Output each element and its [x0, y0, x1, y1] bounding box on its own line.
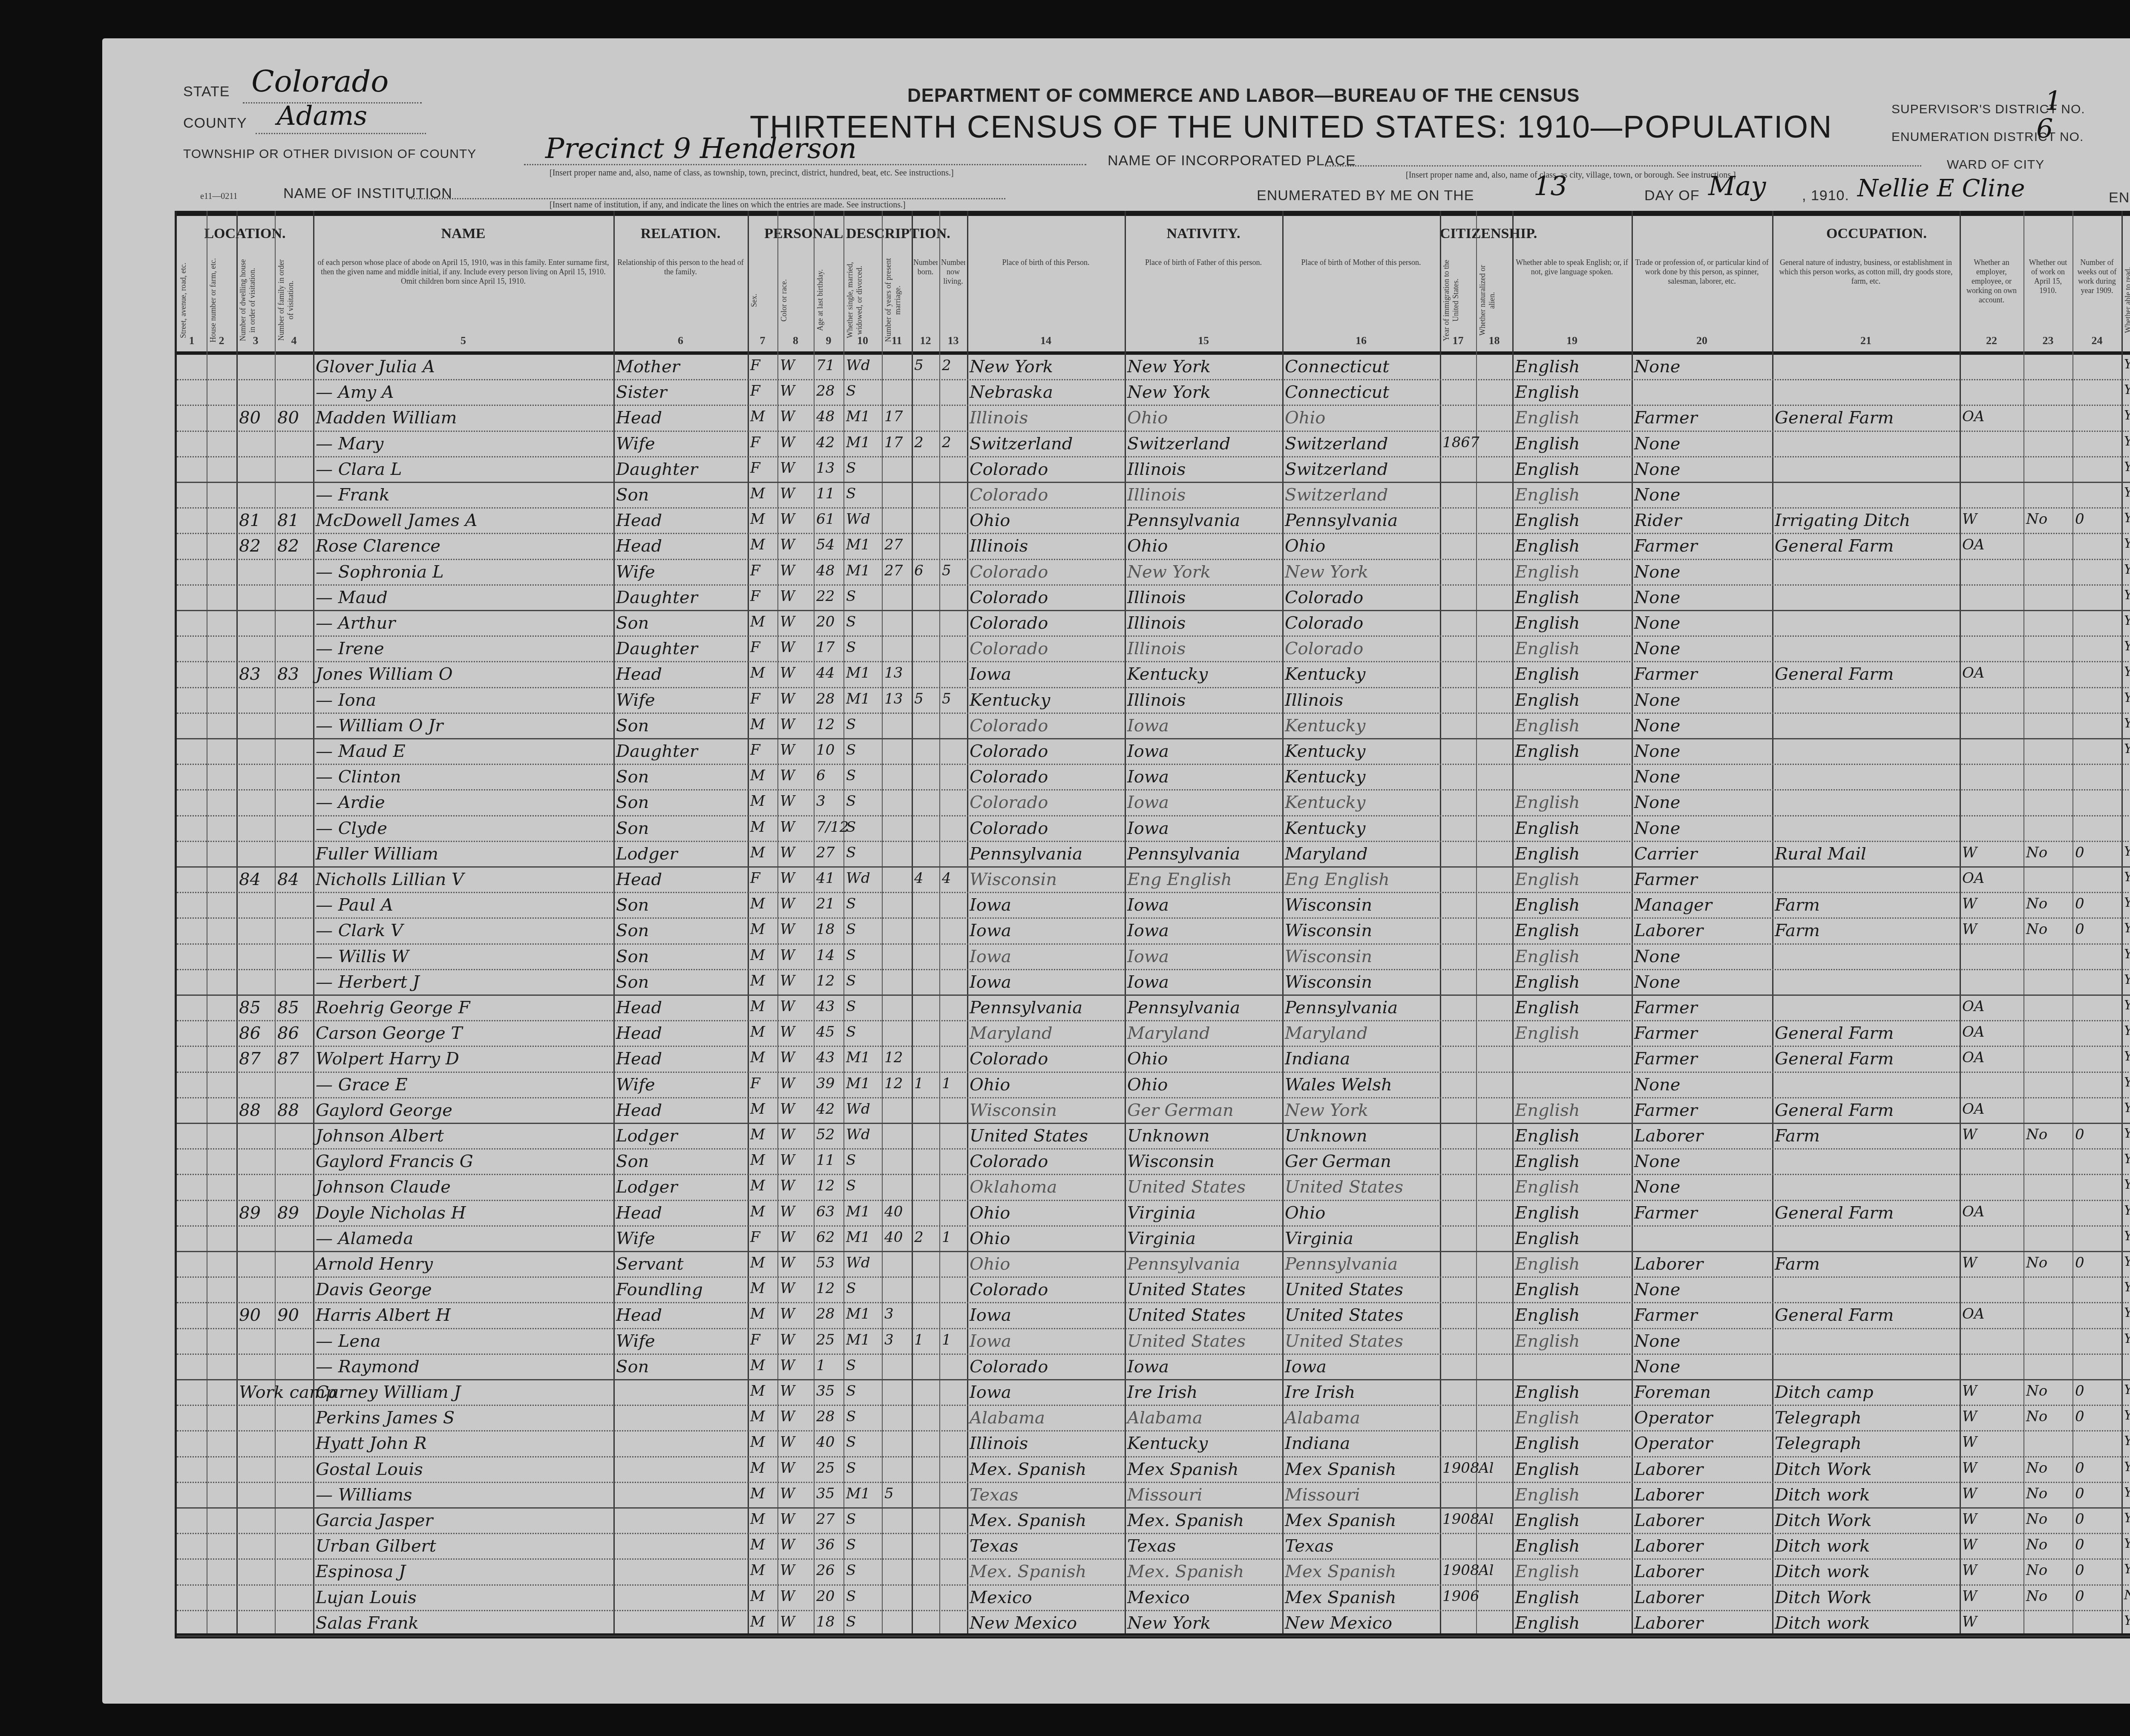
row-trade: None — [1634, 1177, 1681, 1197]
row-weeks-out: 0 — [2075, 1485, 2084, 1502]
row-language: English — [1515, 639, 1580, 658]
row-living: 2 — [942, 434, 951, 451]
row-age: 13 — [816, 460, 835, 477]
row-trade: None — [1634, 562, 1681, 582]
enumerated-label: Enumerated by me on the — [1257, 187, 1474, 204]
row-years-married: 40 — [884, 1229, 903, 1246]
row-name: — Frank — [316, 485, 389, 505]
row-name: Glover Julia A — [316, 357, 435, 377]
row-rule — [177, 584, 2130, 586]
row-birth-father: Iowa — [1127, 1357, 1169, 1377]
row-name: Johnson Claude — [316, 1177, 451, 1197]
row-language: English — [1515, 1613, 1580, 1633]
row-birth-mother: Alabama — [1285, 1408, 1360, 1428]
row-industry: Ditch Work — [1775, 1511, 1872, 1530]
enumerated-year: , 1910. — [1802, 187, 1849, 204]
row-read: Yes — [2124, 613, 2130, 628]
row-age: 7/12 — [816, 819, 849, 836]
row-years-married: 3 — [884, 1331, 894, 1348]
row-race: W — [780, 998, 795, 1015]
row-trade: Farmer — [1634, 408, 1698, 428]
column-number: 22 — [1960, 334, 2023, 347]
row-weeks-out: 0 — [2075, 511, 2084, 528]
column-number: 23 — [2023, 334, 2072, 347]
row-marital: M1 — [846, 434, 870, 451]
row-birth-person: Nebraska — [970, 382, 1053, 402]
row-sex: M — [750, 485, 765, 502]
row-trade: Laborer — [1634, 1254, 1703, 1274]
row-birth-mother: Switzerland — [1285, 485, 1388, 505]
row-naturalized: Al — [1479, 1511, 1494, 1528]
row-marital: S — [846, 767, 856, 784]
row-employer: W — [1962, 1382, 1977, 1400]
row-years-married: 40 — [884, 1203, 903, 1220]
column-header-birth-mother: Place of birth of Mother of this person. — [1284, 258, 1438, 343]
row-sex: F — [750, 1331, 760, 1348]
row-rule — [177, 379, 2130, 380]
row-birth-person: Colorado — [970, 793, 1048, 812]
column-divider — [939, 211, 940, 1633]
row-race: W — [780, 870, 795, 887]
township-underline — [524, 164, 1086, 165]
row-birth-person: Iowa — [970, 947, 1011, 966]
row-weeks-out: 0 — [2075, 844, 2084, 861]
row-name: — Irene — [316, 639, 384, 658]
row-trade: Laborer — [1634, 1536, 1703, 1556]
row-living: 5 — [942, 562, 951, 579]
row-marital: Wd — [846, 870, 870, 887]
row-birth-mother: Mex Spanish — [1285, 1562, 1396, 1581]
row-rule — [177, 610, 2130, 611]
column-header-industry: General nature of industry, business, or… — [1774, 258, 1958, 343]
row-birth-mother: Connecticut — [1285, 382, 1389, 402]
row-birth-mother: United States — [1285, 1177, 1403, 1197]
row-race: W — [780, 742, 795, 759]
enumerated-month: May — [1708, 170, 1766, 201]
row-birth-person: Mex. Spanish — [970, 1460, 1086, 1479]
row-language: English — [1515, 819, 1580, 838]
row-birth-mother: Indiana — [1285, 1434, 1350, 1453]
row-years-married: 17 — [884, 434, 903, 451]
row-name: — Maud E — [316, 742, 406, 761]
row-race: W — [780, 613, 795, 630]
row-sex: M — [750, 1536, 765, 1553]
row-read: Yes — [2124, 1408, 2130, 1423]
column-number: 21 — [1772, 334, 1960, 347]
row-race: W — [780, 408, 795, 425]
row-race: W — [780, 1511, 795, 1528]
column-divider — [2072, 211, 2073, 1633]
row-trade: Farmer — [1634, 1305, 1698, 1325]
row-marital: M1 — [846, 1203, 870, 1220]
row-family: 83 — [277, 664, 299, 684]
row-marital: M1 — [846, 1305, 870, 1322]
column-header-marital: Whether single, married, widowed, or div… — [845, 258, 880, 343]
row-relation: Daughter — [616, 742, 698, 761]
row-industry: Farm — [1775, 895, 1820, 915]
row-dwelling: 87 — [239, 1049, 261, 1069]
row-trade: None — [1634, 690, 1681, 710]
row-read: Yes — [2124, 1331, 2130, 1346]
column-divider — [748, 211, 749, 1633]
row-race: W — [780, 1588, 795, 1605]
row-sex: F — [750, 460, 760, 477]
column-number: 10 — [843, 334, 882, 347]
row-rule — [177, 1225, 2130, 1227]
row-read: Yes — [2124, 1203, 2130, 1218]
row-rule — [177, 1174, 2130, 1175]
row-race: W — [780, 972, 795, 989]
row-birth-person: Iowa — [970, 972, 1011, 992]
row-name: Lujan Louis — [316, 1588, 417, 1607]
row-marital: Wd — [846, 1254, 870, 1271]
row-sex: M — [750, 664, 765, 681]
row-birth-person: Mexico — [970, 1588, 1032, 1607]
row-relation: Foundling — [616, 1280, 703, 1299]
row-age: 10 — [816, 742, 835, 759]
row-sex: M — [750, 1177, 765, 1194]
row-language: English — [1515, 716, 1580, 736]
row-relation: Head — [616, 1101, 662, 1120]
row-relation: Lodger — [616, 1177, 678, 1197]
row-rule — [177, 866, 2130, 868]
row-name: — Clara L — [316, 460, 402, 479]
row-relation: Head — [616, 1203, 662, 1223]
row-born: 5 — [914, 690, 924, 707]
row-race: W — [780, 947, 795, 964]
row-birth-person: Switzerland — [970, 434, 1073, 454]
row-birth-mother: Unknown — [1285, 1126, 1367, 1146]
group-name: NAME — [313, 226, 613, 242]
row-race: W — [780, 1408, 795, 1425]
row-rule — [177, 969, 2130, 970]
column-header-trade: Trade or profession of, or particular ki… — [1633, 258, 1770, 343]
row-industry: Farm — [1775, 1254, 1820, 1274]
row-sex: M — [750, 1357, 765, 1374]
row-race: W — [780, 819, 795, 836]
row-trade: Carrier — [1634, 844, 1697, 864]
row-sex: M — [750, 1280, 765, 1297]
row-sex: M — [750, 716, 765, 733]
column-number: 8 — [777, 334, 814, 347]
column-header-language: Whether able to speak English; or, if no… — [1514, 258, 1630, 343]
row-birth-mother: Wisconsin — [1285, 895, 1372, 915]
row-years-married: 13 — [884, 690, 903, 707]
row-immigration: 1867 — [1442, 434, 1479, 451]
row-age: 62 — [816, 1229, 835, 1246]
row-family: 84 — [277, 870, 299, 889]
row-born: 4 — [914, 870, 924, 887]
row-birth-father: New York — [1127, 562, 1211, 582]
row-name: Johnson Albert — [316, 1126, 444, 1146]
row-family: 85 — [277, 998, 299, 1017]
row-age: 28 — [816, 382, 835, 400]
row-birth-person: Illinois — [970, 536, 1028, 556]
row-birth-person: Colorado — [970, 1280, 1048, 1299]
row-birth-father: Mex. Spanish — [1127, 1511, 1244, 1530]
row-out-of-work: No — [2026, 1460, 2047, 1477]
column-divider — [967, 211, 968, 1633]
row-dwelling: 85 — [239, 998, 261, 1017]
row-marital: S — [846, 844, 856, 861]
row-name: — Iona — [316, 690, 376, 710]
row-trade: None — [1634, 588, 1681, 607]
row-rule — [177, 841, 2130, 842]
row-race: W — [780, 588, 795, 605]
row-employer: W — [1962, 1126, 1977, 1143]
row-marital: S — [846, 1382, 856, 1400]
row-name: Harris Albert H — [316, 1305, 451, 1325]
column-number: 15 — [1125, 334, 1282, 347]
row-out-of-work: No — [2026, 1126, 2047, 1143]
row-marital: S — [846, 1613, 856, 1630]
row-birth-mother: Pennsylvania — [1285, 511, 1398, 530]
row-trade: Manager — [1634, 895, 1712, 915]
row-read: Yes — [2124, 511, 2130, 526]
row-marital: S — [846, 1511, 856, 1528]
row-rule — [177, 1123, 2130, 1124]
row-born: 6 — [914, 562, 924, 579]
row-marital: S — [846, 639, 856, 656]
row-race: W — [780, 511, 795, 528]
row-sex: M — [750, 972, 765, 989]
row-age: 35 — [816, 1485, 835, 1502]
row-birth-mother: Pennsylvania — [1285, 1254, 1398, 1274]
row-family: 81 — [277, 511, 299, 530]
row-birth-mother: Pennsylvania — [1285, 998, 1398, 1017]
row-marital: S — [846, 1280, 856, 1297]
row-marital: S — [846, 972, 856, 989]
row-weeks-out: 0 — [2075, 921, 2084, 938]
row-language: English — [1515, 485, 1580, 505]
row-trade: Laborer — [1634, 1562, 1703, 1581]
row-birth-mother: Kentucky — [1285, 716, 1365, 736]
row-age: 42 — [816, 1101, 835, 1118]
row-age: 63 — [816, 1203, 835, 1220]
row-age: 26 — [816, 1562, 835, 1579]
row-employer: W — [1962, 1485, 1977, 1502]
row-sex: M — [750, 536, 765, 553]
row-employer: W — [1962, 844, 1977, 861]
row-industry: General Farm — [1775, 1203, 1894, 1223]
row-rule — [177, 1020, 2130, 1021]
enumeration-value: 6 — [2036, 113, 2053, 144]
row-read: Yes — [2124, 1229, 2130, 1244]
row-employer: W — [1962, 1613, 1977, 1630]
column-header-street: Street, avenue, road, etc. — [178, 258, 205, 343]
county-value: Adams — [277, 100, 367, 131]
row-age: 35 — [816, 1382, 835, 1400]
row-rule — [177, 559, 2130, 560]
row-trade: None — [1634, 1280, 1681, 1299]
row-trade: Farmer — [1634, 1049, 1698, 1069]
row-rule — [177, 1148, 2130, 1150]
row-read: Yes — [2124, 690, 2130, 705]
row-race: W — [780, 536, 795, 553]
row-language: English — [1515, 1485, 1580, 1505]
row-out-of-work: No — [2026, 1536, 2047, 1553]
row-birth-person: Colorado — [970, 1357, 1048, 1377]
row-birth-mother: Switzerland — [1285, 434, 1388, 454]
row-birth-mother: United States — [1285, 1305, 1403, 1325]
row-marital: S — [846, 1357, 856, 1374]
row-race: W — [780, 1536, 795, 1553]
row-race: W — [780, 895, 795, 912]
row-birth-person: Maryland — [970, 1023, 1053, 1043]
row-race: W — [780, 690, 795, 707]
row-name: Carney William J — [316, 1382, 461, 1402]
row-marital: M1 — [846, 1229, 870, 1246]
row-trade: None — [1634, 1331, 1681, 1351]
row-marital: Wd — [846, 1101, 870, 1118]
row-out-of-work: No — [2026, 1254, 2047, 1271]
row-birth-person: Colorado — [970, 613, 1048, 633]
row-trade: None — [1634, 613, 1681, 633]
row-rule — [177, 738, 2130, 739]
column-header-out-of-work: Whether out of work on April 15, 1910. — [2025, 258, 2071, 343]
row-relation: Son — [616, 485, 649, 505]
column-header-race: Color or race. — [779, 258, 812, 343]
row-weeks-out: 0 — [2075, 1408, 2084, 1425]
row-sex: M — [750, 1305, 765, 1322]
row-dwelling: 82 — [239, 536, 261, 556]
row-name: Gaylord Francis G — [316, 1152, 473, 1171]
row-age: 54 — [816, 536, 835, 553]
row-language: English — [1515, 921, 1580, 940]
row-family: 82 — [277, 536, 299, 556]
row-birth-father: Iowa — [1127, 793, 1169, 812]
row-birth-father: Ohio — [1127, 536, 1168, 556]
row-trade: Laborer — [1634, 921, 1703, 940]
row-naturalized: Al — [1479, 1460, 1494, 1477]
row-name: Davis George — [316, 1280, 432, 1299]
row-out-of-work: No — [2026, 1408, 2047, 1425]
row-birth-mother: Ire Irish — [1285, 1382, 1355, 1402]
row-birth-mother: United States — [1285, 1280, 1403, 1299]
row-age: 71 — [816, 357, 835, 374]
row-marital: S — [846, 742, 856, 759]
row-trade: Laborer — [1634, 1485, 1703, 1505]
row-relation: Mother — [616, 357, 680, 377]
row-birth-person: Pennsylvania — [970, 844, 1082, 864]
row-sex: M — [750, 1562, 765, 1579]
group-education: EDUCATION. — [2121, 226, 2130, 242]
row-employer: W — [1962, 1536, 1977, 1553]
row-marital: M1 — [846, 1049, 870, 1066]
row-living: 5 — [942, 690, 951, 707]
row-rule — [177, 405, 2130, 406]
row-immigration: 1908 — [1442, 1511, 1479, 1528]
row-relation: Wife — [616, 1075, 655, 1095]
row-birth-father: Missouri — [1127, 1485, 1203, 1505]
row-read: Yes — [2124, 998, 2130, 1013]
row-industry: Ditch Work — [1775, 1460, 1872, 1479]
row-weeks-out: 0 — [2075, 1126, 2084, 1143]
row-language: English — [1515, 1152, 1580, 1171]
row-years-married: 17 — [884, 408, 903, 425]
column-number: 11 — [882, 334, 912, 347]
row-trade: None — [1634, 742, 1681, 761]
row-relation: Wife — [616, 690, 655, 710]
row-birth-mother: Wales Welsh — [1285, 1075, 1392, 1095]
row-rule — [177, 661, 2130, 662]
row-birth-father: Mexico — [1127, 1588, 1189, 1607]
row-relation: Servant — [616, 1254, 683, 1274]
row-read: Yes — [2124, 716, 2130, 731]
row-industry: Ditch work — [1775, 1536, 1870, 1556]
row-trade: None — [1634, 357, 1681, 377]
column-number: 19 — [1512, 334, 1632, 347]
row-relation: Head — [616, 536, 662, 556]
row-race: W — [780, 1203, 795, 1220]
row-marital: S — [846, 613, 856, 630]
row-birth-father: Iowa — [1127, 767, 1169, 787]
row-name: Wolpert Harry D — [316, 1049, 459, 1069]
row-years-married: 12 — [884, 1075, 903, 1092]
row-age: 18 — [816, 921, 835, 938]
column-divider — [1125, 211, 1126, 1633]
row-rule — [177, 1302, 2130, 1303]
row-birth-mother: Mex Spanish — [1285, 1460, 1396, 1479]
row-race: W — [780, 1331, 795, 1348]
row-read: Yes — [2124, 588, 2130, 603]
row-name: Arnold Henry — [316, 1254, 433, 1274]
column-header-family: Number of family in order of visitation. — [276, 258, 311, 343]
row-employer: W — [1962, 921, 1977, 938]
row-trade: Laborer — [1634, 1588, 1703, 1607]
row-birth-person: Colorado — [970, 1152, 1048, 1171]
row-sex: F — [750, 639, 760, 656]
row-marital: M1 — [846, 1485, 870, 1502]
column-number: 25 — [2121, 334, 2130, 347]
row-birth-person: Texas — [970, 1485, 1018, 1505]
row-years-married: 12 — [884, 1049, 903, 1066]
row-trade: Farmer — [1634, 998, 1698, 1017]
row-race: W — [780, 485, 795, 502]
row-rule — [177, 1097, 2130, 1098]
row-race: W — [780, 1562, 795, 1579]
row-birth-person: Pennsylvania — [970, 998, 1082, 1017]
row-marital: Wd — [846, 357, 870, 374]
row-sex: M — [750, 1588, 765, 1605]
row-employer: W — [1962, 1434, 1977, 1451]
row-sex: M — [750, 921, 765, 938]
row-age: 52 — [816, 1126, 835, 1143]
row-race: W — [780, 844, 795, 861]
row-employer: OA — [1962, 1305, 1984, 1322]
row-birth-mother: Ohio — [1285, 536, 1325, 556]
row-birth-mother: Connecticut — [1285, 357, 1389, 377]
row-relation: Son — [616, 972, 649, 992]
row-trade: None — [1634, 639, 1681, 658]
row-read: Yes — [2124, 1562, 2130, 1577]
row-race: W — [780, 1357, 795, 1374]
row-sex: M — [750, 1434, 765, 1451]
row-rule — [177, 994, 2130, 996]
row-birth-person: Colorado — [970, 562, 1048, 582]
row-marital: S — [846, 1177, 856, 1194]
row-sex: M — [750, 1460, 765, 1477]
row-rule — [177, 815, 2130, 816]
row-read: Yes — [2124, 664, 2130, 679]
row-trade: None — [1634, 485, 1681, 505]
row-birth-mother: Texas — [1285, 1536, 1333, 1556]
row-birth-father: New York — [1127, 1613, 1211, 1633]
column-header-age: Age at last birthday. — [815, 258, 842, 343]
row-marital: S — [846, 1460, 856, 1477]
row-employer: OA — [1962, 998, 1984, 1015]
row-sex: F — [750, 434, 760, 451]
